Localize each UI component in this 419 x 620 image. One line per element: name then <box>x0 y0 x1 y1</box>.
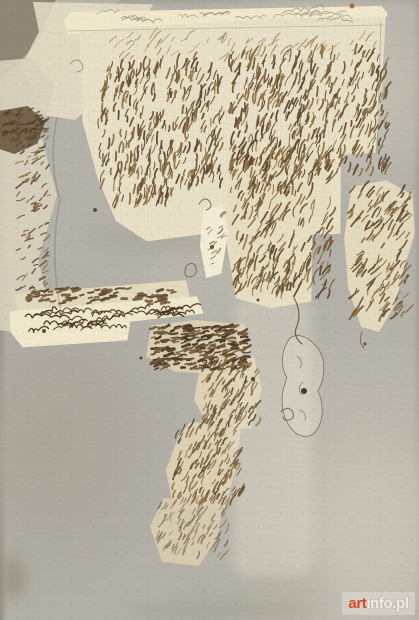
manuscript-photo: artinfo.pl <box>0 0 419 620</box>
watermark-infopl-text: info.pl <box>366 596 408 611</box>
stray-mark-sheet <box>199 199 211 210</box>
ink-speck <box>350 4 355 9</box>
label-script-line1 <box>25 304 200 318</box>
wavy-scribble-mid <box>172 416 244 505</box>
top-strip-edge <box>68 25 384 31</box>
ink-speck <box>251 377 255 381</box>
ink-speck <box>42 329 46 333</box>
right-fragment-tail <box>360 332 364 348</box>
ink-speck <box>93 208 97 212</box>
main-block-col4 <box>303 44 392 176</box>
small-squiggle-topleft <box>70 60 83 72</box>
ascenders-above-block <box>110 28 377 62</box>
figure-eight-mark <box>185 263 196 277</box>
small-fragment-marks <box>207 211 228 264</box>
right-fragment-script <box>348 181 413 321</box>
artinfo-watermark: artinfo.pl <box>342 592 415 615</box>
wavy-scribble-top <box>201 354 260 426</box>
watermark-art-text: art <box>348 596 366 611</box>
ink-speck <box>140 357 143 360</box>
main-block-col2 <box>174 52 224 190</box>
dark-patch-texture <box>3 108 49 148</box>
ink-speck <box>210 245 214 249</box>
wavy-scribble-bottom <box>156 494 229 560</box>
left-margin-marks <box>15 128 50 302</box>
outline-patch-border <box>282 336 324 437</box>
handwriting-ink-layer <box>0 0 419 620</box>
dense-band-scribble <box>150 324 250 370</box>
ink-speck <box>257 299 260 302</box>
ink-speck <box>364 343 367 346</box>
ink-speck <box>301 388 307 394</box>
left-column-torn-shade <box>53 118 61 312</box>
faint-script-top-strip <box>97 5 353 24</box>
label-worn-row <box>27 287 176 304</box>
main-block-col1 <box>98 56 177 208</box>
